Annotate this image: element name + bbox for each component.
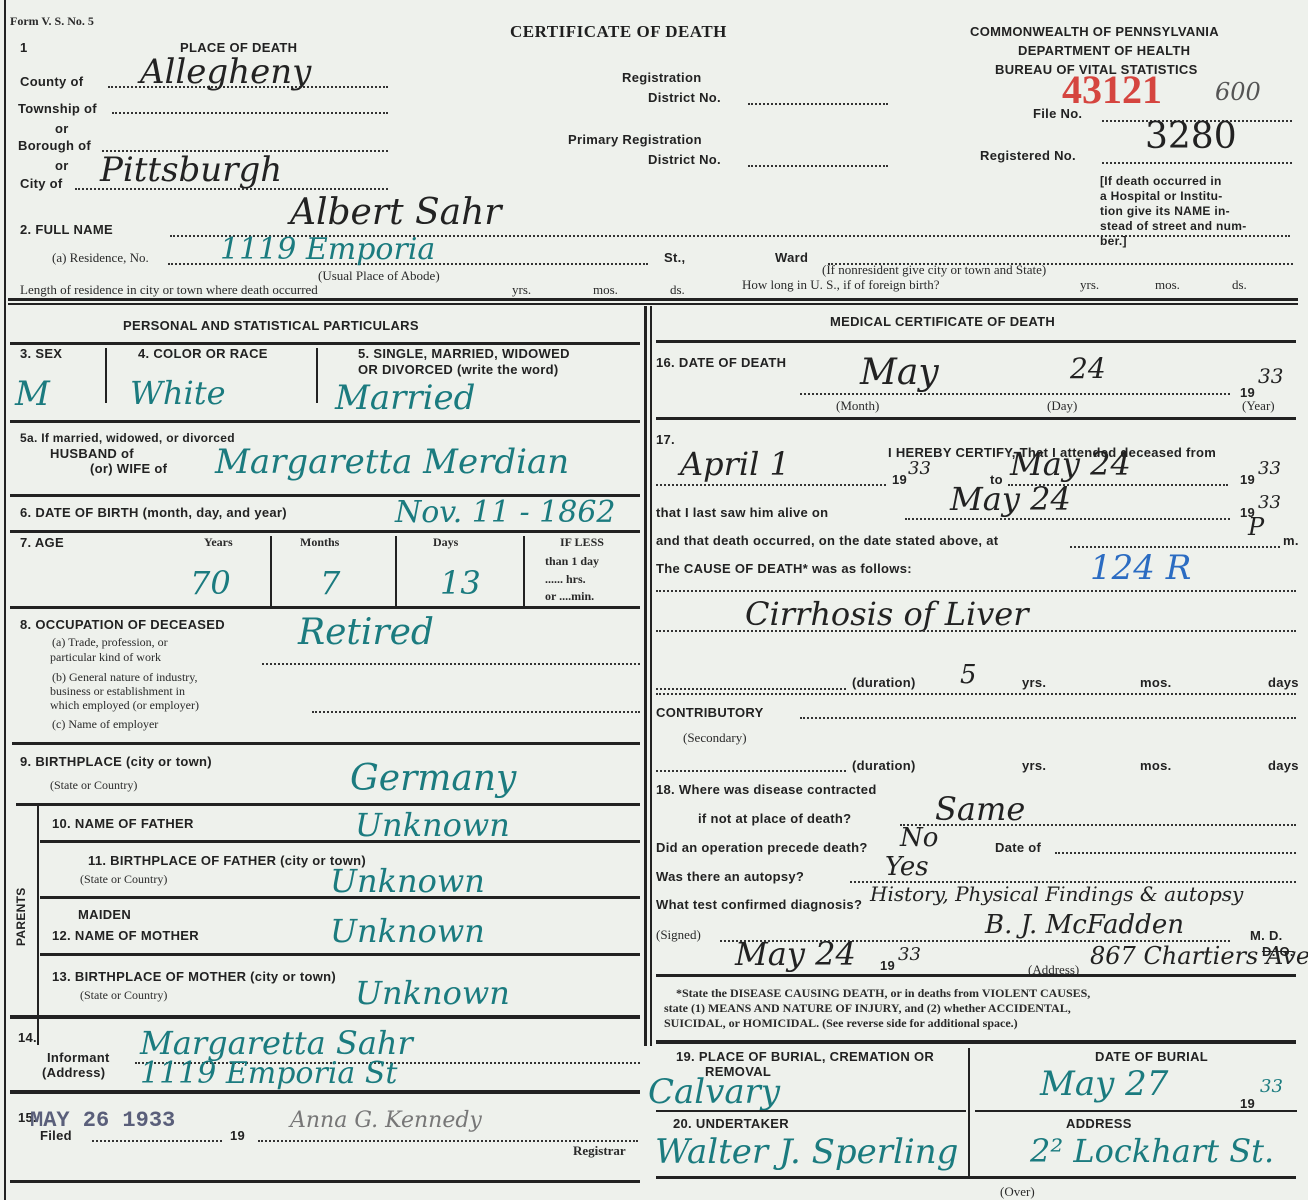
contracted-label-1: 18. Where was disease contracted bbox=[656, 782, 877, 797]
footnote-line-3: SUICIDAL, or HOMICIDAL. (See reverse sid… bbox=[664, 1016, 1018, 1031]
secondary-duration-line bbox=[656, 770, 846, 772]
length-of-residence-label: Length of residence in city or town wher… bbox=[20, 282, 318, 298]
divider bbox=[656, 1040, 1296, 1044]
county-label: County of bbox=[20, 74, 83, 89]
cause-of-death-value: Cirrhosis of Liver bbox=[745, 595, 1029, 633]
burial-place-label: 19. PLACE OF BURIAL, CREMATION OR bbox=[676, 1049, 934, 1064]
registration-label: Registration bbox=[622, 70, 701, 85]
father-name-value: Unknown bbox=[355, 806, 510, 844]
registered-no-line bbox=[1102, 162, 1292, 164]
secondary-mos-label: mos. bbox=[1140, 758, 1172, 773]
column-divider bbox=[644, 306, 647, 1046]
last-saw-year-value: 33 bbox=[1258, 492, 1281, 513]
us-ds-label: ds. bbox=[1232, 277, 1247, 293]
birthplace-sub-label: (State or Country) bbox=[50, 778, 137, 793]
filed-label: Filed bbox=[40, 1128, 72, 1143]
signed-year-prefix: 19 bbox=[880, 958, 895, 973]
marital-value: Married bbox=[335, 378, 475, 418]
township-line bbox=[112, 112, 388, 114]
occupation-c-label: (c) Name of employer bbox=[52, 717, 158, 732]
registration-district-label: District No. bbox=[648, 90, 721, 105]
death-year-value: 33 bbox=[1258, 364, 1283, 388]
city-label: City of bbox=[20, 176, 63, 191]
header-divider-2 bbox=[8, 303, 1298, 305]
residence-value: 1119 Emporia bbox=[220, 232, 435, 267]
contracted-value: Same bbox=[935, 790, 1025, 828]
hospital-note: [If death occurred in a Hospital or Inst… bbox=[1100, 174, 1247, 249]
divider bbox=[395, 536, 397, 606]
parents-label: PARENTS bbox=[14, 887, 28, 946]
divider bbox=[12, 742, 640, 745]
burial-year-value: 33 bbox=[1260, 1076, 1283, 1097]
primary-registration-label: Primary Registration bbox=[568, 132, 702, 147]
than-one-day-label: than 1 day bbox=[545, 554, 599, 569]
sex-value: M bbox=[15, 374, 50, 414]
father-name-label: 10. NAME OF FATHER bbox=[52, 816, 194, 831]
primary-district-label: District No. bbox=[648, 152, 721, 167]
undertaker-address-value: 2² Lockhart St. bbox=[1030, 1132, 1274, 1170]
age-days-value: 13 bbox=[440, 564, 481, 602]
cause-label: The CAUSE OF DEATH* was as follows: bbox=[656, 561, 912, 576]
undertaker-address-label: ADDRESS bbox=[1066, 1116, 1132, 1131]
agency-line-1: COMMONWEALTH OF PENNSYLVANIA bbox=[970, 24, 1219, 39]
dob-value: Nov. 11 - 1862 bbox=[395, 495, 616, 530]
agency-line-2: DEPARTMENT OF HEALTH bbox=[1018, 43, 1190, 58]
registrar-label: Registrar bbox=[573, 1143, 626, 1159]
mos-label: mos. bbox=[593, 282, 618, 298]
personal-heading: PERSONAL AND STATISTICAL PARTICULARS bbox=[123, 318, 419, 333]
signed-label: (Signed) bbox=[656, 927, 701, 943]
divider bbox=[16, 803, 640, 806]
certify-number: 17. bbox=[656, 432, 675, 447]
registered-no-label: Registered No. bbox=[980, 148, 1076, 163]
hrs-label: ...... hrs. bbox=[545, 572, 586, 587]
spouse-value: Margaretta Merdian bbox=[215, 442, 569, 482]
registrar-signature: Anna G. Kennedy bbox=[290, 1108, 482, 1133]
us-mos-label: mos. bbox=[1155, 277, 1180, 293]
cause-line-3 bbox=[656, 693, 1296, 695]
age-years-value: 70 bbox=[190, 564, 231, 602]
mother-name-label: 12. NAME OF MOTHER bbox=[52, 928, 199, 943]
divider bbox=[523, 536, 525, 606]
dob-label: 6. DATE OF BIRTH (month, day, and year) bbox=[20, 505, 287, 520]
age-label: 7. AGE bbox=[20, 535, 64, 550]
sex-label: 3. SEX bbox=[20, 346, 62, 361]
occupation-b-line-1: (b) General nature of industry, bbox=[52, 670, 198, 685]
form-id: Form V. S. No. 5 bbox=[10, 14, 94, 29]
spouse-label-2: HUSBAND of bbox=[50, 446, 134, 461]
contracted-label-2: if not at place of death? bbox=[698, 811, 851, 826]
duration-label: (duration) bbox=[852, 675, 916, 690]
marital-label-1: 5. SINGLE, MARRIED, WIDOWED bbox=[358, 346, 570, 361]
hospital-note-line: tion give its NAME in- bbox=[1100, 204, 1247, 219]
months-label: Months bbox=[300, 535, 339, 550]
spouse-label-3: (or) WIFE of bbox=[90, 461, 167, 476]
duration-days-label: days bbox=[1268, 675, 1299, 690]
registrar-line bbox=[258, 1140, 638, 1142]
death-time-label: and that death occurred, on the date sta… bbox=[656, 533, 998, 548]
years-label: Years bbox=[204, 535, 233, 550]
filed-year-prefix: 19 bbox=[230, 1128, 245, 1143]
date-of-death-line bbox=[800, 393, 1230, 395]
marital-label-2: OR DIVORCED (write the word) bbox=[358, 362, 559, 377]
divider bbox=[10, 530, 640, 533]
operation-date-line bbox=[1055, 852, 1296, 854]
us-residence-label: How long in U. S., if of foreign birth? bbox=[742, 277, 940, 293]
father-birthplace-value: Unknown bbox=[330, 862, 485, 900]
operation-value: No bbox=[900, 823, 938, 853]
medical-heading: MEDICAL CERTIFICATE OF DEATH bbox=[830, 314, 1055, 329]
street-label: St., bbox=[664, 250, 685, 265]
m-label: m. bbox=[1283, 533, 1299, 548]
death-certificate: Form V. S. No. 5 1 PLACE OF DEATH CERTIF… bbox=[0, 0, 1308, 1200]
primary-district-line bbox=[748, 165, 888, 167]
undertaker-value: Walter J. Sperling bbox=[655, 1132, 958, 1172]
divider bbox=[656, 417, 1296, 420]
mother-birthplace-sub: (State or Country) bbox=[80, 988, 167, 1003]
mother-birthplace-value: Unknown bbox=[355, 974, 510, 1012]
death-time-value: P bbox=[1248, 513, 1264, 541]
occupation-label: 8. OCCUPATION OF DECEASED bbox=[20, 617, 225, 632]
over-label: (Over) bbox=[1000, 1184, 1035, 1200]
divider bbox=[656, 1110, 966, 1112]
nonresident-note: (If nonresident give city or town and St… bbox=[822, 262, 1046, 278]
occupation-value: Retired bbox=[298, 612, 434, 653]
divider bbox=[10, 1090, 640, 1094]
city-value: Pittsburgh bbox=[100, 150, 282, 190]
ward-label: Ward bbox=[775, 250, 808, 265]
informant-number: 14. bbox=[18, 1030, 37, 1045]
burial-date-value: May 27 bbox=[1040, 1064, 1168, 1104]
birthplace-label: 9. BIRTHPLACE (city or town) bbox=[20, 754, 212, 769]
blue-annotation: 124 R bbox=[1090, 548, 1191, 588]
divider bbox=[10, 1180, 640, 1183]
duration-yrs-label: yrs. bbox=[1022, 675, 1046, 690]
from-year-value: 33 bbox=[908, 458, 931, 479]
divider bbox=[10, 342, 640, 345]
occupation-b-line-2: business or establishment in bbox=[50, 684, 185, 699]
cause-line-2 bbox=[656, 630, 1296, 632]
divider bbox=[656, 1176, 1296, 1179]
physician-address-value: 867 Chartiers Ave. bbox=[1090, 942, 1308, 970]
burial-year-prefix: 19 bbox=[1240, 1096, 1255, 1111]
parents-bracket bbox=[37, 805, 39, 1045]
occupation-b-line bbox=[312, 711, 640, 713]
registered-number: 3280 bbox=[1145, 116, 1237, 157]
full-name-value: Albert Sahr bbox=[290, 192, 502, 233]
yrs-label: yrs. bbox=[512, 282, 531, 298]
day-caption: (Day) bbox=[1047, 398, 1077, 414]
autopsy-label: Was there an autopsy? bbox=[656, 869, 804, 884]
from-year-prefix: 19 bbox=[892, 472, 907, 487]
autopsy-value: Yes bbox=[885, 852, 929, 882]
attended-to-value: May 24 bbox=[1010, 445, 1131, 483]
divider bbox=[105, 348, 107, 403]
burial-date-label: DATE OF BURIAL bbox=[1095, 1049, 1208, 1064]
attended-from-value: April 1 bbox=[680, 445, 790, 483]
divider bbox=[40, 953, 640, 956]
undertaker-label: 20. UNDERTAKER bbox=[673, 1116, 789, 1131]
test-label: What test confirmed diagnosis? bbox=[656, 897, 862, 912]
header-divider bbox=[8, 298, 1298, 301]
contributory-label: CONTRIBUTORY bbox=[656, 705, 764, 720]
death-day-value: 24 bbox=[1070, 352, 1106, 385]
test-value: History, Physical Findings & autopsy bbox=[870, 882, 1243, 906]
physician-signature: B. J. McFadden bbox=[985, 910, 1184, 940]
father-birthplace-sub: (State or Country) bbox=[80, 872, 167, 887]
maiden-label: MAIDEN bbox=[78, 907, 131, 922]
month-caption: (Month) bbox=[836, 398, 879, 414]
divider bbox=[10, 1015, 640, 1019]
column-divider-2 bbox=[650, 306, 652, 1046]
registration-district-line bbox=[748, 103, 888, 105]
father-birthplace-label: 11. BIRTHPLACE OF FATHER (city or town) bbox=[88, 853, 366, 868]
occupation-a-line bbox=[262, 663, 640, 665]
section-1-number: 1 bbox=[20, 40, 28, 55]
abode-note: (Usual Place of Abode) bbox=[318, 268, 440, 284]
divider bbox=[316, 348, 318, 403]
operation-label: Did an operation precede death? bbox=[656, 840, 868, 855]
file-number-note: 600 bbox=[1215, 78, 1261, 106]
race-value: White bbox=[130, 374, 226, 412]
hospital-note-line: [If death occurred in bbox=[1100, 174, 1247, 189]
footnote-line-2: state (1) MEANS AND NATURE OF INJURY, an… bbox=[664, 1001, 1071, 1016]
left-border bbox=[4, 0, 6, 1200]
divider bbox=[968, 1048, 970, 1176]
divider bbox=[975, 1110, 1297, 1112]
occupation-a-line-2: particular kind of work bbox=[50, 650, 161, 665]
filed-line bbox=[92, 1140, 222, 1142]
date-of-label: Date of bbox=[995, 840, 1041, 855]
informant-address-label: (Address) bbox=[42, 1065, 105, 1080]
hospital-note-line: a Hospital or Institu- bbox=[1100, 189, 1247, 204]
duration-mos-label: mos. bbox=[1140, 675, 1172, 690]
mother-birthplace-label: 13. BIRTHPLACE OF MOTHER (city or town) bbox=[52, 969, 336, 984]
divider bbox=[656, 340, 1296, 343]
residence-label: (a) Residence, No. bbox=[52, 250, 149, 266]
us-yrs-label: yrs. bbox=[1080, 277, 1099, 293]
attended-from-line bbox=[656, 484, 886, 486]
signed-date-value: May 24 bbox=[735, 935, 856, 973]
birthplace-value: Germany bbox=[350, 758, 516, 799]
divider bbox=[40, 896, 640, 899]
informant-label: Informant bbox=[47, 1050, 110, 1065]
or-label: or bbox=[55, 158, 69, 173]
file-no-label: File No. bbox=[1033, 106, 1082, 121]
if-less-label: IF LESS bbox=[560, 535, 604, 550]
last-saw-line bbox=[905, 518, 1230, 520]
or-label: or bbox=[55, 121, 69, 136]
spouse-label-1: 5a. If married, widowed, or divorced bbox=[20, 431, 235, 445]
divider bbox=[10, 420, 640, 423]
year-caption: (Year) bbox=[1242, 398, 1275, 414]
min-label: or ....min. bbox=[545, 589, 594, 604]
secondary-duration-label: (duration) bbox=[852, 758, 916, 773]
secondary-label: (Secondary) bbox=[683, 730, 747, 746]
signed-year-value: 33 bbox=[898, 944, 921, 965]
certificate-title: CERTIFICATE OF DEATH bbox=[510, 22, 727, 42]
secondary-days-label: days bbox=[1268, 758, 1299, 773]
hospital-note-line: stead of street and num- bbox=[1100, 219, 1247, 234]
to-year-value: 33 bbox=[1258, 458, 1281, 479]
to-year-prefix: 19 bbox=[1240, 472, 1255, 487]
date-of-death-label: 16. DATE OF DEATH bbox=[656, 355, 786, 370]
footnote-line-1: *State the DISEASE CAUSING DEATH, or in … bbox=[676, 986, 1090, 1001]
age-months-value: 7 bbox=[320, 564, 340, 602]
divider bbox=[10, 606, 640, 609]
duration-years-value: 5 bbox=[960, 660, 977, 690]
divider bbox=[270, 536, 272, 606]
informant-address-value: 1119 Emporia St bbox=[140, 1056, 397, 1091]
days-label: Days bbox=[433, 535, 458, 550]
divider bbox=[40, 840, 640, 843]
last-saw-label: that I last saw him alive on bbox=[656, 505, 828, 520]
contributory-line bbox=[800, 717, 1296, 719]
divider bbox=[656, 974, 1296, 977]
md-label: M. D. bbox=[1250, 928, 1283, 943]
last-saw-value: May 24 bbox=[950, 480, 1071, 518]
cause-line-1 bbox=[656, 590, 1296, 592]
secondary-yrs-label: yrs. bbox=[1022, 758, 1046, 773]
duration-line bbox=[656, 688, 846, 690]
race-label: 4. COLOR OR RACE bbox=[138, 346, 268, 361]
borough-label: Borough of bbox=[18, 138, 91, 153]
occupation-b-line-3: which employed (or employer) bbox=[50, 698, 199, 713]
occupation-a-line-1: (a) Trade, profession, or bbox=[52, 635, 168, 650]
full-name-label: 2. FULL NAME bbox=[20, 222, 113, 237]
death-month-value: May bbox=[860, 352, 939, 393]
township-label: Township of bbox=[18, 101, 97, 116]
mother-name-value: Unknown bbox=[330, 912, 485, 950]
county-value: Allegheny bbox=[140, 52, 311, 92]
ds-label: ds. bbox=[670, 282, 685, 298]
burial-place-value: Calvary bbox=[648, 1072, 780, 1112]
